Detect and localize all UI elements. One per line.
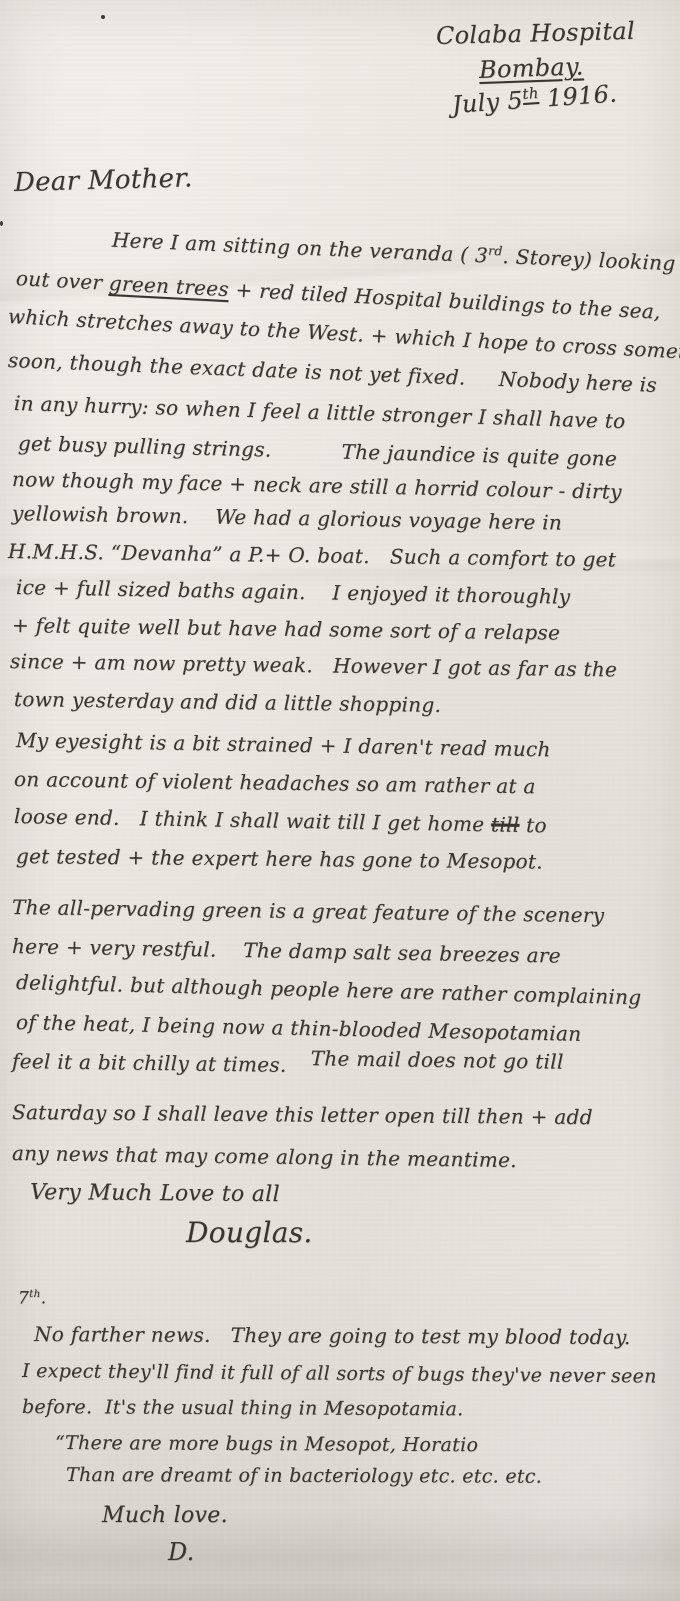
body-line-01: Here I am sitting on the veranda ( 3rd. … bbox=[111, 227, 676, 275]
body-line-12: since + am now pretty weak. However I go… bbox=[10, 649, 618, 681]
signature: Douglas. bbox=[186, 1216, 313, 1249]
postscript-date-num: 7 bbox=[18, 1289, 29, 1309]
body-line-01-text2: . Storey) looking bbox=[502, 244, 676, 275]
letterhead-date-ordinal: th bbox=[522, 84, 539, 103]
body-line-16-text: loose end. I think I shall wait till I g… bbox=[14, 804, 491, 836]
closing-line: Very Much Love to all bbox=[30, 1180, 280, 1207]
postscript-initial: D. bbox=[168, 1538, 195, 1566]
body-line-10: ice + full sized baths again. I enjoyed … bbox=[16, 575, 571, 609]
letterhead-hospital: Colaba Hospital bbox=[436, 17, 636, 50]
body-line-18: The all-pervading green is a great featu… bbox=[12, 895, 605, 927]
body-line-09: H.M.H.S. “Devanha” a P.+ O. boat. Such a… bbox=[8, 539, 616, 571]
letterhead-city: Bombay. bbox=[479, 52, 585, 84]
postscript-date-dot: . bbox=[41, 1289, 47, 1309]
body-line-21: of the heat, I being now a thin-blooded … bbox=[16, 1010, 582, 1046]
postscript-date: 7th. bbox=[18, 1288, 46, 1309]
paper-speck bbox=[101, 15, 105, 19]
letterhead-date-text: July 5 bbox=[451, 86, 524, 119]
body-line-20: delightful. but although people here are… bbox=[16, 970, 642, 1009]
body-line-02-underlined: green trees bbox=[108, 271, 229, 301]
body-line-16-text2: to bbox=[519, 813, 547, 837]
body-line-06-text: get busy pulling strings. bbox=[18, 431, 272, 462]
body-line-22-text2: The mail does not go till bbox=[311, 1046, 564, 1074]
postscript-quote-2: Than are dreamt of in bacteriology etc. … bbox=[66, 1464, 542, 1488]
postscript-line-1: No farther news. They are going to test … bbox=[34, 1322, 631, 1349]
body-line-06-text2: The jaundice is quite gone bbox=[341, 439, 617, 470]
body-line-07: now though my face + neck are still a ho… bbox=[12, 467, 622, 504]
letterhead-date-year: 1916. bbox=[538, 80, 618, 113]
body-line-02-text: out over bbox=[15, 266, 109, 295]
postscript-line-3: before. It's the usual thing in Mesopota… bbox=[22, 1396, 464, 1420]
body-line-23: Saturday so I shall leave this letter op… bbox=[12, 1100, 593, 1129]
body-line-06: get busy pulling strings.The jaundice is… bbox=[18, 431, 618, 471]
body-line-01-ordinal: rd bbox=[488, 243, 503, 259]
body-line-01-text: Here I am sitting on the veranda ( 3 bbox=[111, 228, 488, 268]
body-line-22-text: feel it a bit chilly at times. bbox=[12, 1049, 287, 1077]
body-line-16-struck-word: till bbox=[491, 812, 520, 836]
body-line-15: on account of violent headaches so am ra… bbox=[14, 767, 536, 798]
body-line-08: yellowish brown. We had a glorious voyag… bbox=[12, 501, 563, 535]
body-line-14: My eyesight is a bit strained + I daren'… bbox=[16, 728, 551, 761]
letter-page: Colaba Hospital Bombay. July 5th 1916. D… bbox=[0, 0, 680, 1601]
body-line-17: get tested + the expert here has gone to… bbox=[16, 844, 543, 874]
salutation: Dear Mother. bbox=[14, 163, 193, 198]
body-line-22: feel it a bit chilly at times.The mail d… bbox=[12, 1049, 564, 1081]
body-line-11: + felt quite well but have had some sort… bbox=[12, 613, 561, 645]
body-line-16: loose end. I think I shall wait till I g… bbox=[14, 804, 547, 837]
postscript-quote-1: “There are more bugs in Mesopot, Horatio bbox=[55, 1432, 478, 1456]
body-line-19: here + very restful. The damp salt sea b… bbox=[12, 934, 561, 968]
paper-speck bbox=[0, 221, 3, 226]
postscript-line-2: I expect they'll find it full of all sor… bbox=[22, 1360, 657, 1388]
letterhead-date: July 5th 1916. bbox=[451, 79, 618, 119]
body-line-02-text2: + red tiled Hospital buildings to the se… bbox=[228, 277, 661, 324]
body-line-24: any news that may come along in the mean… bbox=[12, 1141, 517, 1172]
postscript-date-ordinal: th bbox=[29, 1288, 41, 1300]
postscript-closing: Much love. bbox=[102, 1503, 228, 1528]
body-line-05: in any hurry: so when I feel a little st… bbox=[14, 391, 626, 433]
body-line-13: town yesterday and did a little shopping… bbox=[14, 687, 442, 717]
